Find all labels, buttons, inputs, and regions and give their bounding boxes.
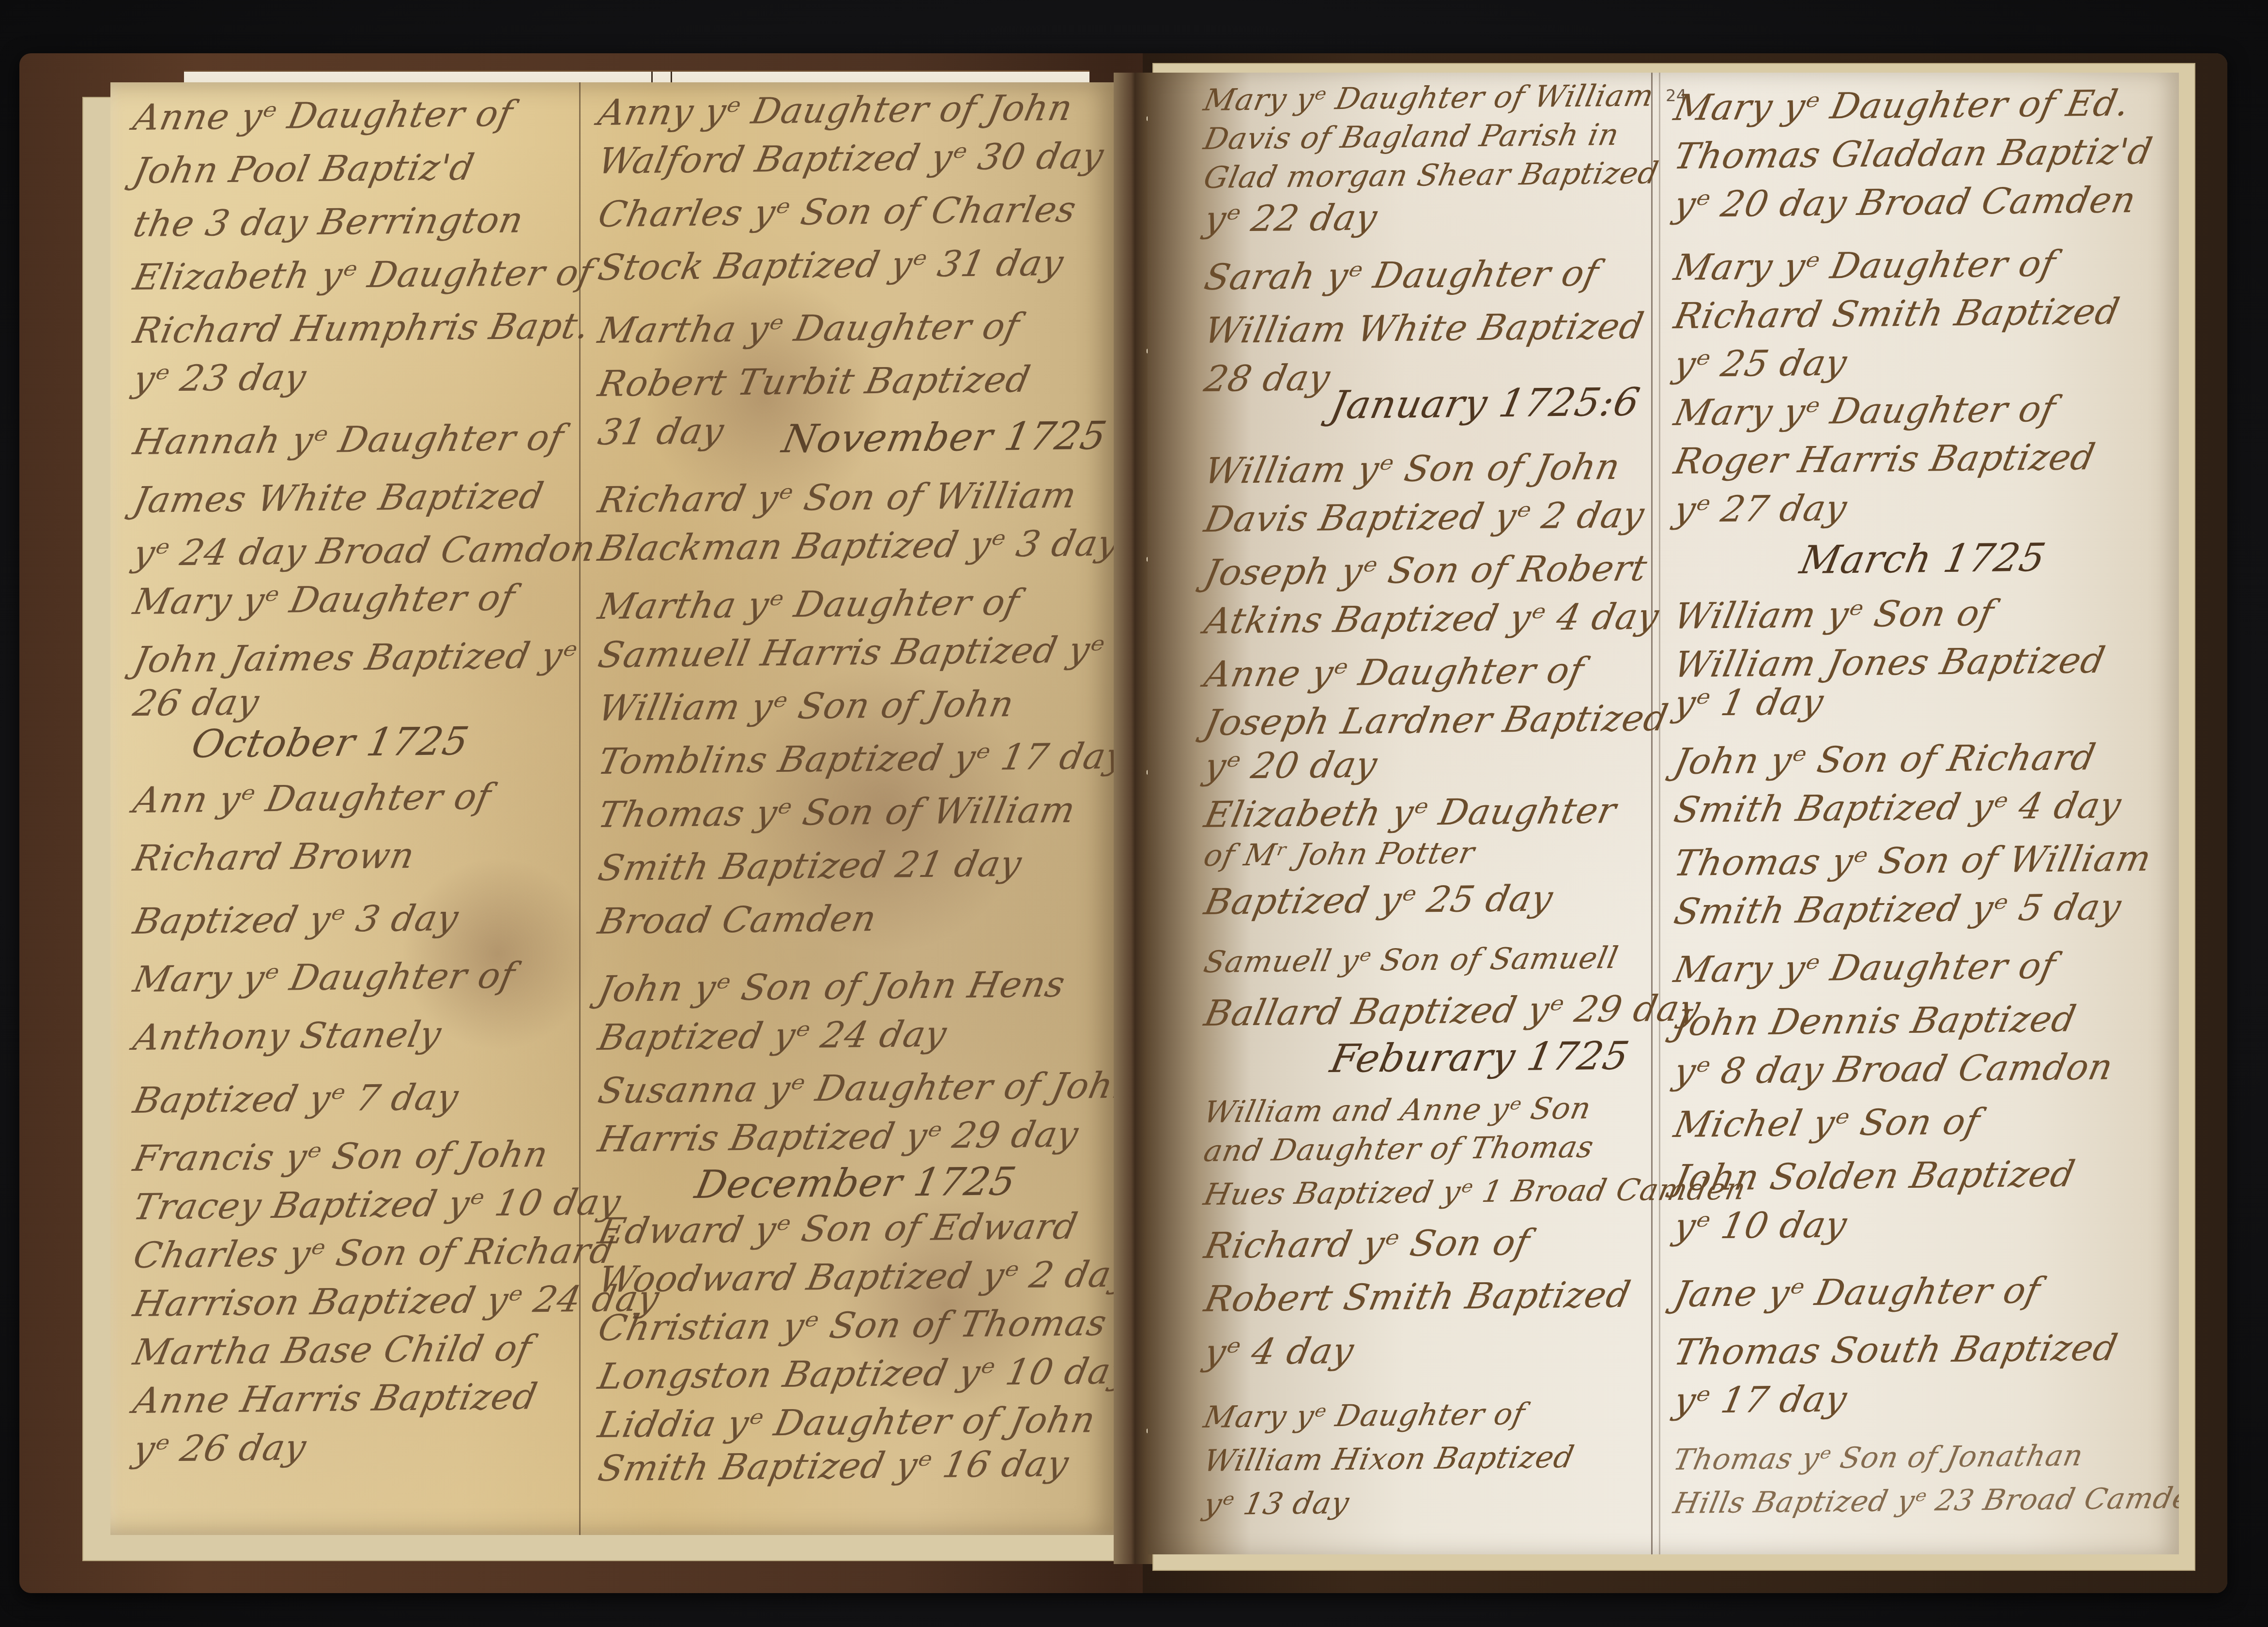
- register-line: John Pool Baptiz'd: [130, 147, 478, 192]
- month-heading: Feburary 1725: [1327, 1033, 1633, 1081]
- register-line: Stock Baptized yᵉ 31 day: [595, 242, 1067, 289]
- register-line: and Daughter of Thomas: [1201, 1129, 1597, 1168]
- register-line: Longston Baptized yᵉ 10 day: [595, 1351, 1118, 1397]
- register-line: William yᵉ Son of John: [1201, 446, 1624, 492]
- register-line: Anne yᵉ Daughter of: [130, 93, 517, 138]
- register-line: yᵉ 1 day: [1670, 681, 1827, 724]
- register-line: Charles yᵉ Son of Richard: [130, 1230, 618, 1276]
- register-line: Richard yᵉ Son of William: [595, 475, 1080, 521]
- register-line: William yᵉ Son of John: [595, 683, 1018, 729]
- register-line: Blackman Baptized yᵉ 3 day: [595, 522, 1118, 569]
- register-line: Joseph yᵉ Son of Robert: [1201, 547, 1651, 594]
- register-line: Anne Harris Baptized: [130, 1376, 541, 1422]
- register-line: Hues Baptized yᵉ 1 Broad Camden: [1201, 1171, 1749, 1212]
- register-line: Glad morgan Shear Baptized: [1201, 155, 1662, 195]
- register-line: yᵉ 24 day Broad Camdon: [130, 528, 599, 574]
- register-line: Robert Smith Baptized: [1201, 1274, 1634, 1320]
- register-line: Mary yᵉ Daughter of William: [1201, 77, 1657, 118]
- register-line: yᵉ 13 day: [1201, 1485, 1352, 1522]
- register-line: Roger Harris Baptized: [1670, 436, 2099, 482]
- register-line: Elizabeth yᵉ Daughter: [1201, 790, 1620, 836]
- register-line: John Solden Baptized: [1670, 1153, 2079, 1199]
- register-line: Martha Base Child of: [130, 1327, 536, 1373]
- register-line: Thomas South Baptized: [1670, 1327, 2121, 1373]
- register-line: Liddia yᵉ Daughter of John: [595, 1399, 1099, 1446]
- register-line: Tomblins Baptized yᵉ 17 day: [595, 736, 1118, 783]
- register-line: Davis of Bagland Parish in: [1201, 117, 1623, 156]
- register-line: 28 day: [1201, 357, 1334, 400]
- register-line: yᵉ 4 day: [1201, 1330, 1358, 1373]
- register-line: William White Baptized: [1201, 306, 1647, 352]
- register-line: James White Baptized: [130, 475, 547, 521]
- register-line: John yᵉ Son of John Hens: [595, 964, 1069, 1010]
- register-line: John Dennis Baptized: [1670, 998, 2080, 1044]
- book-gutter: [1114, 73, 1152, 1564]
- register-line: Martha yᵉ Daughter of: [595, 306, 1023, 352]
- register-line: John yᵉ Son of Richard: [1670, 737, 2099, 783]
- register-line: Richard Smith Baptized: [1670, 291, 2123, 337]
- register-line: yᵉ 23 day: [130, 356, 310, 400]
- register-line: Davis Baptized yᵉ 2 day: [1201, 494, 1648, 540]
- register-line: Woodward Baptized yᵉ 2 day: [595, 1254, 1118, 1301]
- register-line: yᵉ 17 day: [1670, 1378, 1851, 1422]
- column-divider: [1659, 73, 1660, 1554]
- register-line: Smith Baptized yᵉ 4 day: [1670, 784, 2125, 831]
- register-line: Samuell Harris Baptized yᵉ 10 day: [595, 628, 1118, 676]
- register-line: Mary yᵉ Daughter of: [130, 955, 519, 1000]
- register-line: William Jones Baptized: [1670, 640, 2109, 686]
- register-line: William and Anne yᵉ Son: [1201, 1090, 1594, 1130]
- register-line: yᵉ 25 day: [1670, 342, 1851, 385]
- register-line: William Hixon Baptized: [1201, 1439, 1578, 1478]
- register-line: Hannah yᵉ Daughter of: [130, 417, 567, 463]
- register-line: Baptized yᵉ 3 day: [130, 897, 462, 942]
- register-line: of Mʳ John Potter: [1201, 835, 1478, 873]
- register-line: Smith Baptized yᵉ 16 day: [595, 1443, 1073, 1489]
- register-line: yᵉ 26 day: [130, 1427, 310, 1470]
- register-line: Anny yᵉ Daughter of John: [595, 87, 1076, 134]
- register-line: Anne yᵉ Daughter of: [1201, 650, 1588, 695]
- month-heading: November 1725: [779, 413, 1111, 461]
- register-line: Ann yᵉ Daughter of: [130, 776, 495, 821]
- register-line: Mary yᵉ Daughter of: [130, 577, 519, 623]
- register-line: Samuell yᵉ Son of Samuell: [1201, 940, 1621, 980]
- register-line: Susanna yᵉ Daughter of John: [595, 1064, 1118, 1112]
- register-line: yᵉ 22 day: [1201, 197, 1381, 240]
- register-line: yᵉ 10 day: [1670, 1204, 1851, 1247]
- month-heading: January 1725:6: [1327, 379, 1644, 428]
- right-page: 24 Mary yᵉ Daughter of William Davis of …: [1148, 73, 2179, 1554]
- register-line: Richard Humphris Bapt.: [130, 305, 593, 352]
- register-line: Mary yᵉ Daughter of: [1670, 388, 2059, 434]
- month-heading: October 1725: [188, 719, 473, 767]
- register-line: Smith Baptized yᵉ 5 day: [1670, 886, 2125, 933]
- register-line: Joseph Lardner Baptized: [1201, 697, 1672, 744]
- register-line: Michel yᵉ Son of: [1670, 1101, 1984, 1146]
- register-line: Thomas yᵉ Son of William: [595, 789, 1079, 836]
- register-line: Thomas yᵉ Son of Jonathan: [1670, 1439, 2086, 1477]
- left-page: Anne yᵉ Daughter of John Pool Baptiz'd t…: [110, 82, 1118, 1535]
- register-line: Hills Baptized yᵉ 23 Broad Camden: [1670, 1481, 2179, 1520]
- register-line: Robert Turbit Baptized: [595, 359, 1034, 405]
- register-line: Thomas yᵉ Son of William: [1670, 838, 2155, 884]
- register-line: Harrison Baptized yᵉ 24 day: [130, 1278, 663, 1325]
- register-line: Tracey Baptized yᵉ 10 day: [130, 1182, 625, 1228]
- register-line: Sarah yᵉ Daughter of: [1201, 253, 1602, 298]
- register-line: Martha yᵉ Daughter of: [595, 582, 1023, 628]
- register-line: Jane yᵉ Daughter of: [1670, 1270, 2044, 1315]
- register-line: 31 day: [595, 410, 728, 453]
- register-line: Mary yᵉ Daughter of: [1201, 1396, 1528, 1435]
- register-line: Mary yᵉ Daughter of: [1670, 243, 2059, 289]
- register-line: the 3 day Berrington: [130, 200, 527, 245]
- register-line: Charles yᵉ Son of Charles: [595, 189, 1080, 235]
- register-line: Elizabeth yᵉ Daughter of: [130, 252, 597, 298]
- register-line: Thomas Gladdan Baptiz'd: [1670, 131, 2156, 177]
- register-line: yᵉ 20 day Broad Camden: [1670, 179, 2140, 226]
- register-line: Harris Baptized yᵉ 29 day: [595, 1114, 1082, 1160]
- register-line: John Jaimes Baptized yᵉ: [130, 634, 581, 681]
- register-line: Baptized yᵉ 7 day: [130, 1076, 462, 1121]
- register-line: William yᵉ Son of: [1670, 592, 1997, 637]
- manuscript-photo: …i y Daught William y Son of Anne yᵉ Dau…: [0, 0, 2268, 1627]
- register-line: Baptized yᵉ 24 day: [595, 1013, 950, 1059]
- column-divider: [1651, 73, 1653, 1554]
- register-line: Mary yᵉ Daughter of: [1670, 945, 2059, 991]
- register-line: 26 day: [130, 681, 263, 724]
- month-heading: March 1725: [1796, 535, 2050, 583]
- register-line: Francis yᵉ Son of John: [130, 1134, 552, 1180]
- register-line: Richard Brown: [130, 835, 418, 879]
- month-heading: December 1725: [691, 1159, 1020, 1207]
- register-line: yᵉ 27 day: [1670, 487, 1851, 531]
- register-line: Broad Camden: [595, 898, 880, 942]
- register-line: Walford Baptized yᵉ 30 day: [595, 135, 1107, 182]
- register-line: Baptized yᵉ 25 day: [1201, 878, 1557, 923]
- register-line: yᵉ 8 day Broad Camdon: [1670, 1046, 2117, 1092]
- register-line: yᵉ 20 day: [1201, 744, 1381, 787]
- register-line: Anthony Stanely: [130, 1013, 445, 1059]
- register-line: Edward yᵉ Son of Edward: [595, 1206, 1081, 1252]
- register-line: Ballard Baptized yᵉ 29 day: [1201, 987, 1704, 1034]
- register-line: Christian yᵉ Son of Thomas: [595, 1302, 1110, 1349]
- register-line: Smith Baptized 21 day: [595, 843, 1026, 889]
- register-line: Mary yᵉ Daughter of Ed.: [1670, 82, 2133, 129]
- register-line: Richard yᵉ Son of: [1201, 1222, 1533, 1267]
- register-line: Atkins Baptized yᵉ 4 day: [1201, 596, 1663, 642]
